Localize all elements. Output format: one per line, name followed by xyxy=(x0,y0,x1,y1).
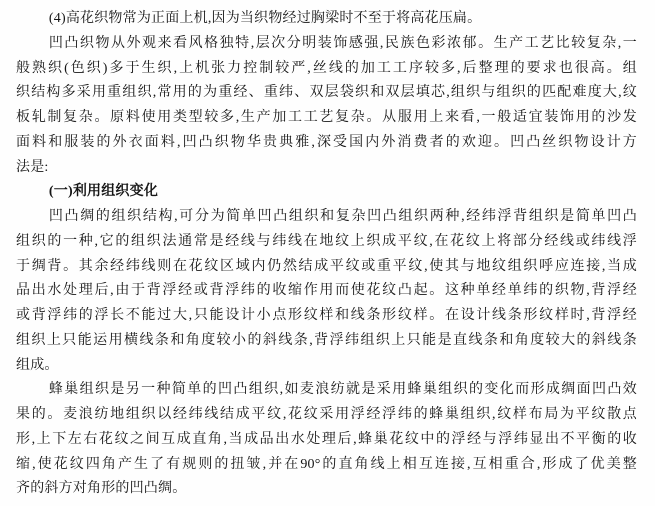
section-heading: (一)利用组织变化 xyxy=(16,180,637,205)
text-line: 缩,使花纹四角产生了有规则的扭皱,并在90°的直角线上相互连接,互相重合,形成了… xyxy=(16,453,637,478)
text-line: 齐的斜方对角形的凹凸绸。 xyxy=(16,477,637,502)
text-line: 果的。麦浪纺地组织以经纬线结成平纹,花纹采用浮经浮纬的蜂巢组织,纹样布局为平纹散… xyxy=(16,403,637,428)
text-line: 板轧制复杂。原料使用类型较多,生产加工工艺复杂。从服用上来看,一般适宜装饰用的沙… xyxy=(16,106,637,131)
text-line: 组织的一种,它的组织法通常是经线与纬线在地纹上织成平纹,在花纹上将部分经线或纬线… xyxy=(16,230,637,255)
text-line: 品出水处理后,由于背浮经或背浮纬的收缩作用而使花纹凸起。这种单经单纬的织物,背浮… xyxy=(16,279,637,304)
text-line: 织结构多采用重组织,常用的为重经、重纬、双层袋织和双层填芯,组织与组织的匹配难度… xyxy=(16,81,637,106)
text-line: 于绸背。其余经纬线则在花纹区域内仍然结成平纹或重平纹,使其与地纹组织呼应连接,当… xyxy=(16,255,637,280)
text-line: (4)高花织物常为正面上机,因为当织物经过胸梁时不至于将高花压扁。 xyxy=(16,7,637,32)
text-line: 般熟织(色织)多于生织,上机张力控制较严,丝线的加工工序较多,后整理的要求也很高… xyxy=(16,57,637,82)
text-line: 凹凸绸的组织结构,可分为简单凹凸组织和复杂凹凸组织两种,经纬浮背组织是简单凹凸 xyxy=(16,205,637,230)
text-line: 面料和服装的外衣面料,凹凸织物华贵典雅,深受国内外消费者的欢迎。凹凸丝织物设计方 xyxy=(16,131,637,156)
text-line: 或背浮纬的浮长不能过大,只能设计小点形纹样和线条形纹样。在设计线条形纹样时,背浮… xyxy=(16,304,637,329)
document-page: (4)高花织物常为正面上机,因为当织物经过胸梁时不至于将高花压扁。 凹凸织物从外… xyxy=(0,0,655,506)
text-line: 形,上下左右花纹之间互成直角,当成品出水处理后,蜂巢花纹中的浮经与浮纬显出不平衡… xyxy=(16,428,637,453)
text-line: 蜂巢组织是另一种简单的凹凸组织,如麦浪纺就是采用蜂巢组织的变化而形成绸面凹凸效 xyxy=(16,378,637,403)
text-line: 组成。 xyxy=(16,354,637,379)
text-line: 凹凸织物从外观来看风格独特,层次分明装饰感强,民族色彩浓郁。生产工艺比较复杂,一 xyxy=(16,32,637,57)
text-line: 法是: xyxy=(16,156,637,181)
text-line: 组织上只能运用横线条和角度较小的斜线条,背浮纬组织上只能是直线条和角度较大的斜线… xyxy=(16,329,637,354)
